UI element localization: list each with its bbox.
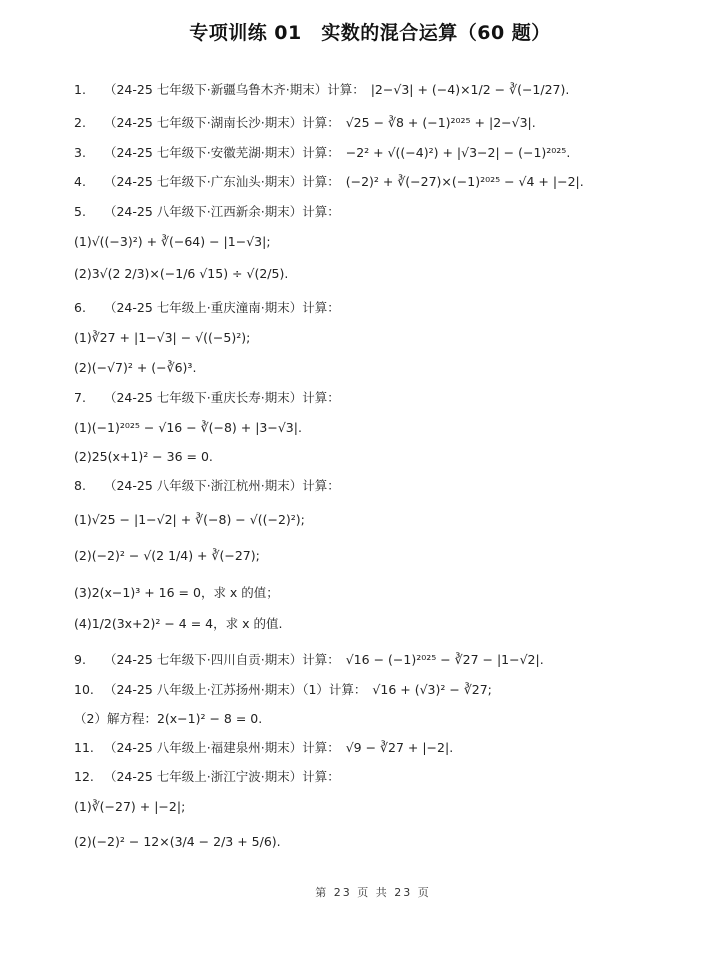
problem-source: （24-25 八年级下·浙江杭州·期末）计算： — [104, 478, 340, 493]
problem-number: 7. — [74, 388, 100, 408]
problem-8-part-1: (1)√25 − |1−√2| + ∛(−8) − √((−2)²); — [74, 510, 305, 530]
problem-number: 9. — [74, 650, 100, 670]
problem-8-part-3: (3)2(x−1)³ + 16 = 0，求 x 的值； — [74, 583, 279, 603]
problem-source: （24-25 七年级下·四川自贡·期末）计算： — [104, 652, 340, 667]
problem-source: （24-25 八年级上·江苏扬州·期末）（1）计算： — [104, 682, 366, 697]
problem-8: 8. （24-25 八年级下·浙江杭州·期末）计算： — [74, 476, 342, 496]
problem-expression: √16 + (√3)² − ∛27; — [372, 682, 491, 697]
problem-number: 4. — [74, 172, 100, 192]
problem-source: （24-25 七年级下·新疆乌鲁木齐·期末）计算： — [104, 82, 365, 97]
problem-7: 7. （24-25 七年级下·重庆长寿·期末）计算： — [74, 388, 342, 408]
problem-number: 3. — [74, 143, 100, 163]
problem-number: 1. — [74, 80, 100, 100]
problem-source: （24-25 七年级下·安徽芜湖·期末）计算： — [104, 145, 340, 160]
problem-number: 12. — [74, 767, 100, 787]
problem-number: 5. — [74, 202, 100, 222]
problem-4: 4. （24-25 七年级下·广东汕头·期末）计算： (−2)² + ∛(−27… — [74, 172, 584, 192]
problem-5: 5. （24-25 八年级下·江西新余·期末）计算： — [74, 202, 342, 222]
problem-source: （24-25 七年级下·广东汕头·期末）计算： — [104, 174, 340, 189]
problem-expression: √16 − (−1)²⁰²⁵ − ∛27 − |1−√2|. — [346, 652, 544, 667]
problem-7-part-1: (1)(−1)²⁰²⁵ − √16 − ∛(−8) + |3−√3|. — [74, 418, 302, 438]
problem-source: （24-25 七年级上·浙江宁波·期末）计算： — [104, 769, 340, 784]
problem-12-part-1: (1)∛(−27) + |−2|; — [74, 797, 185, 817]
problem-source: （24-25 八年级上·福建泉州·期末）计算： — [104, 740, 340, 755]
problem-10-part-2: （2）解方程：2(x−1)² − 8 = 0. — [74, 709, 262, 729]
problem-number: 6. — [74, 298, 100, 318]
problem-number: 11. — [74, 738, 100, 758]
problem-5-part-1: (1)√((−3)²) + ∛(−64) − |1−√3|; — [74, 232, 271, 252]
problem-2: 2. （24-25 七年级下·湖南长沙·期末）计算： √25 − ∛8 + (−… — [74, 113, 536, 133]
problem-6: 6. （24-25 七年级上·重庆潼南·期末）计算： — [74, 298, 342, 318]
problem-5-part-2: (2)3√(2 2/3)×(−1/6 √15) ÷ √(2/5). — [74, 264, 288, 284]
problem-9: 9. （24-25 七年级下·四川自贡·期末）计算： √16 − (−1)²⁰²… — [74, 650, 544, 670]
problem-expression: (−2)² + ∛(−27)×(−1)²⁰²⁵ − √4 + |−2|. — [346, 174, 584, 189]
problem-11: 11. （24-25 八年级上·福建泉州·期末）计算： √9 − ∛27 + |… — [74, 738, 453, 758]
problem-7-part-2: (2)25(x+1)² − 36 = 0. — [74, 447, 213, 467]
problem-source: （24-25 七年级下·重庆长寿·期末）计算： — [104, 390, 340, 405]
problem-8-part-2: (2)(−2)² − √(2 1/4) + ∛(−27); — [74, 546, 260, 566]
page-footer: 第 23 页 共 23 页 — [0, 884, 720, 900]
problem-expression: √25 − ∛8 + (−1)²⁰²⁵ + |2−√3|. — [346, 115, 536, 130]
problem-source: （24-25 七年级下·湖南长沙·期末）计算： — [104, 115, 340, 130]
problem-10: 10. （24-25 八年级上·江苏扬州·期末）（1）计算： √16 + (√3… — [74, 680, 492, 700]
problem-expression: −2² + √((−4)²) + |√3−2| − (−1)²⁰²⁵. — [346, 145, 571, 160]
problem-number: 8. — [74, 476, 100, 496]
problem-6-part-1: (1)∛27 + |1−√3| − √((−5)²); — [74, 328, 250, 348]
problem-number: 2. — [74, 113, 100, 133]
problem-12-part-2: (2)(−2)² − 12×(3/4 − 2/3 + 5/6). — [74, 832, 281, 852]
problem-6-part-2: (2)(−√7)² + (−∛6)³. — [74, 358, 196, 378]
problem-12: 12. （24-25 七年级上·浙江宁波·期末）计算： — [74, 767, 342, 787]
problem-3: 3. （24-25 七年级下·安徽芜湖·期末）计算： −2² + √((−4)²… — [74, 143, 570, 163]
problem-source: （24-25 八年级下·江西新余·期末）计算： — [104, 204, 340, 219]
problem-expression: |2−√3| + (−4)×1/2 − ∛(−1/27). — [371, 82, 570, 97]
problem-1: 1. （24-25 七年级下·新疆乌鲁木齐·期末）计算： |2−√3| + (−… — [74, 80, 569, 100]
problem-source: （24-25 七年级上·重庆潼南·期末）计算： — [104, 300, 340, 315]
problem-expression: √9 − ∛27 + |−2|. — [346, 740, 453, 755]
page-title: 专项训练 01 实数的混合运算（60 题） — [0, 18, 720, 45]
problem-8-part-4: (4)1/2(3x+2)² − 4 = 4，求 x 的值. — [74, 614, 282, 634]
problem-number: 10. — [74, 680, 100, 700]
